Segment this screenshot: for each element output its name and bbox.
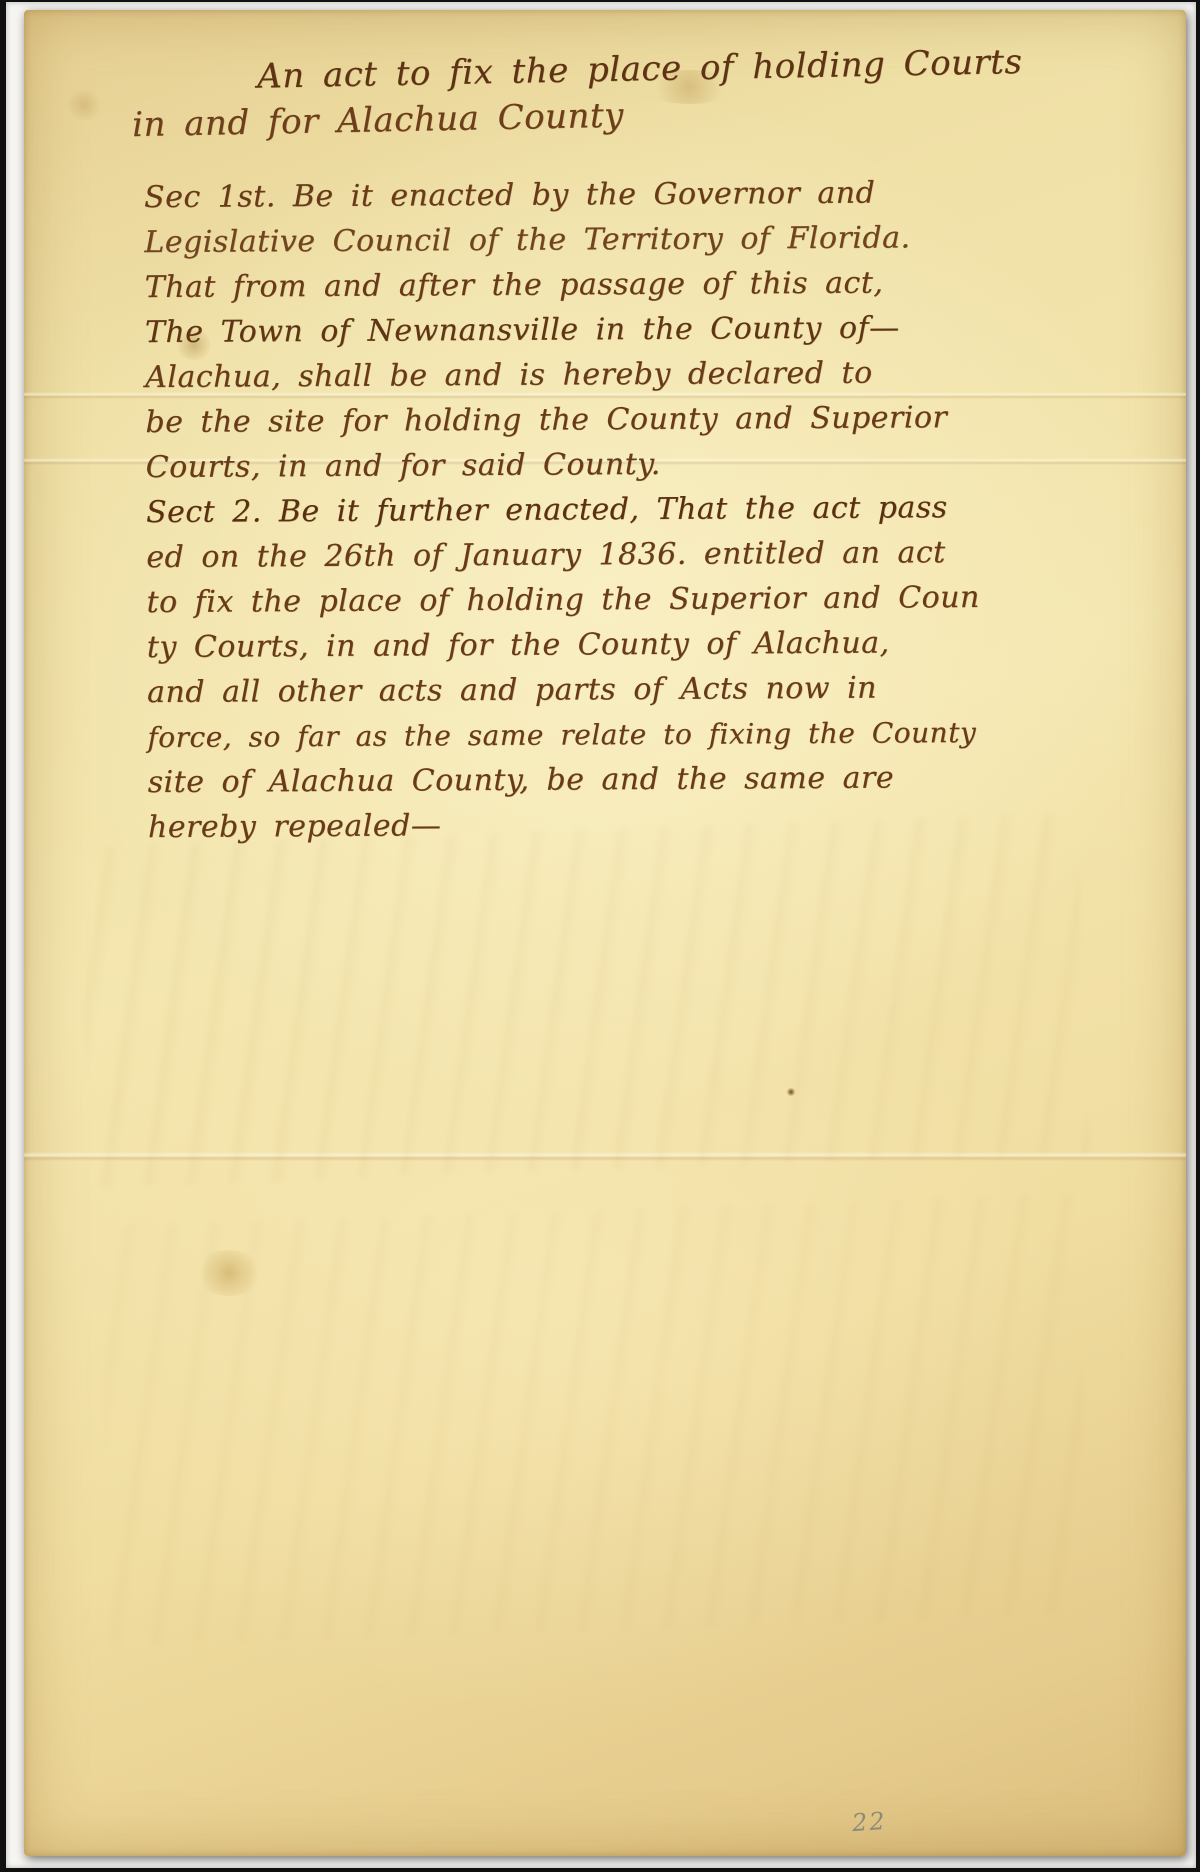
manuscript-line: ty Courts, in and for the County of Alac… [147, 619, 1157, 670]
manuscript-line: and all other acts and parts of Acts now… [147, 664, 1157, 715]
foxing-stain [194, 1250, 264, 1296]
manuscript-line: Sect 2. Be it further enacted, That the … [146, 484, 1156, 535]
manuscript-line: be the site for holding the County and S… [145, 394, 1155, 445]
bleedthrough-ghost-text [78, 813, 1089, 1188]
bleedthrough-ghost-text [97, 1193, 1091, 1647]
foxing-stain [64, 90, 104, 120]
manuscript-line: hereby repealed— [148, 799, 1158, 850]
manuscript-line: That from and after the passage of this … [144, 259, 1154, 310]
manuscript-line: Alachua, shall be and is hereby declared… [145, 349, 1155, 400]
fold-crease-lower [24, 1152, 1186, 1161]
manuscript-line: ed on the 26th of January 1836. entitled… [146, 529, 1156, 580]
manuscript-line: site of Alachua County, be and the same … [148, 754, 1158, 805]
document-title-line-1: An act to fix the place of holding Court… [257, 42, 1023, 97]
manuscript-line: to fix the place of holding the Superior… [146, 574, 1156, 625]
manuscript-body: Sec 1st. Be it enacted by the Governor a… [144, 169, 1158, 850]
page-number-pencil: 22 [851, 1807, 887, 1837]
scanned-document-canvas: An act to fix the place of holding Court… [0, 0, 1200, 1872]
manuscript-page: An act to fix the place of holding Court… [24, 10, 1186, 1856]
document-title-line-2: in and for Alachua County [132, 96, 624, 145]
ink-spot-stain [786, 1088, 796, 1096]
manuscript-line: Courts, in and for said County. [146, 439, 1156, 490]
manuscript-line: The Town of Newnansville in the County o… [145, 304, 1155, 355]
manuscript-line: force, so far as the same relate to fixi… [147, 709, 1157, 760]
manuscript-line: Legislative Council of the Territory of … [144, 214, 1154, 265]
manuscript-line: Sec 1st. Be it enacted by the Governor a… [144, 169, 1154, 220]
